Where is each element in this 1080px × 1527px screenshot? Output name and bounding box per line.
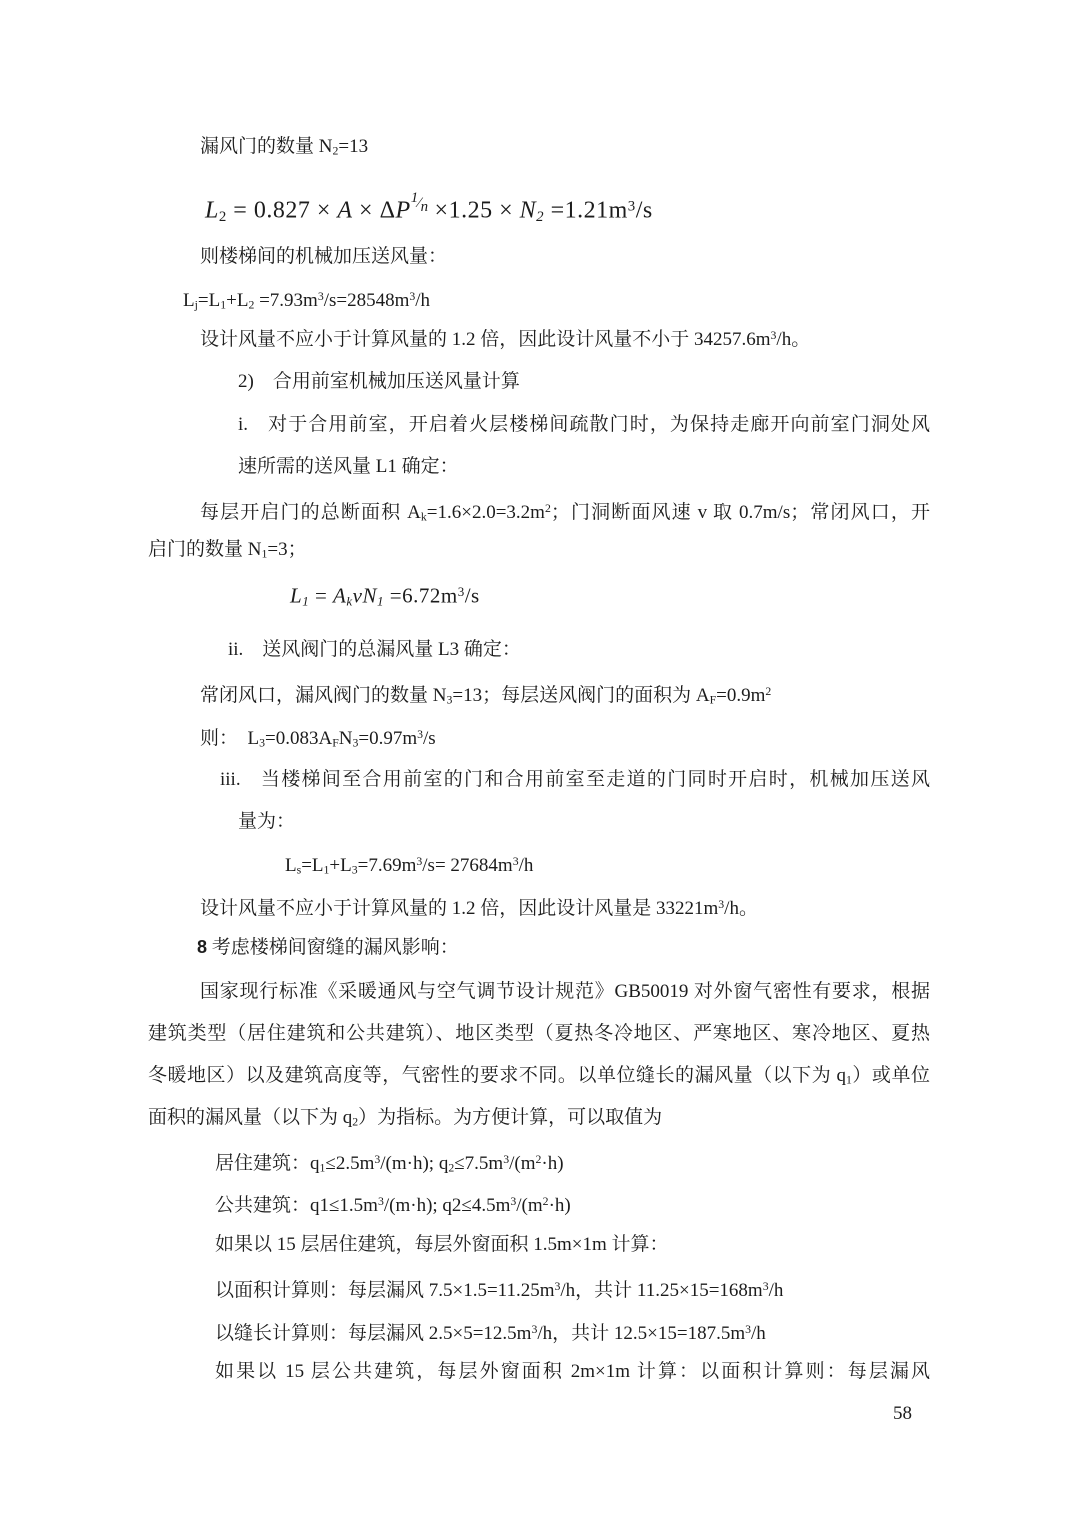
- para-gb-line1: 国家现行标准《采暖通风与空气调节设计规范》GB50019 对外窗气密性有要求，根…: [200, 978, 930, 1005]
- para-residential-limits: 居住建筑：q1≤2.5m3/(m·h); q2≤7.5m3/(m2·h): [215, 1146, 564, 1181]
- formula-l3: 则： L3=0.083AFN3=0.97m3/s: [200, 721, 436, 756]
- para-gb-line3: 冬暖地区）以及建筑高度等，气密性的要求不同。以单位缝长的漏风量（以下为 q1）或…: [148, 1062, 930, 1094]
- para-stair-pressurized-flow: 则楼梯间的机械加压送风量：: [200, 243, 447, 270]
- para-iii-line1: iii. 当楼梯间至合用前室的门和合用前室至走道的门同时开启时，机械加压送风: [220, 766, 930, 793]
- para-i-line2: 速所需的送风量 L1 确定：: [238, 453, 459, 480]
- para-15-residential: 如果以 15 层居住建筑，每层外窗面积 1.5m×1m 计算：: [215, 1231, 669, 1258]
- document-page: 漏风门的数量 N2=13L2 = 0.827 × A × ΔP1⁄n ×1.25…: [0, 0, 1080, 1527]
- formula-lj: Lj=L1+L2 =7.93m3/s=28548m3/h: [183, 283, 430, 318]
- para-i-line1: i. 对于合用前室，开启着火层楼梯间疏散门时，为保持走廊开向前室门洞处风: [238, 411, 930, 438]
- para-n3-af: 常闭风口，漏风阀门的数量 N3=13；每层送风阀门的面积为 AF=0.9m2: [200, 678, 771, 713]
- para-design-flow-front: 设计风量不应小于计算风量的 1.2 倍，因此设计风量是 33221m3/h。: [200, 891, 758, 922]
- para-design-flow-stair: 设计风量不应小于计算风量的 1.2 倍，因此设计风量不小于 34257.6m3/…: [200, 322, 810, 353]
- heading-ii-l3: ii. 送风阀门的总漏风量 L3 确定：: [228, 636, 521, 663]
- para-ak-line1: 每层开启门的总断面积 Ak=1.6×2.0=3.2m2；门洞断面风速 v 取 0…: [200, 495, 930, 530]
- heading-2-shared-front-room: 2) 合用前室机械加压送风量计算: [238, 368, 520, 395]
- formula-ls: Ls=L1+L3=7.69m3/s= 27684m3/h: [285, 848, 533, 883]
- para-gb-line4: 面积的漏风量（以下为 q2）为指标。为方便计算，可以取值为: [148, 1104, 662, 1136]
- para-gb-line2: 建筑类型（居住建筑和公共建筑）、地区类型（夏热冬冷地区、严寒地区、寒冷地区、夏热: [148, 1020, 930, 1047]
- page-number: 58: [893, 1402, 912, 1426]
- para-iii-line2: 量为：: [238, 808, 295, 835]
- para-public-limits: 公共建筑：q1≤1.5m3/(m·h); q2≤4.5m3/(m2·h): [215, 1188, 571, 1219]
- formula-l2: L2 = 0.827 × A × ΔP1⁄n ×1.25 × N2 =1.21m…: [205, 190, 653, 231]
- para-15-public: 如果以 15 层公共建筑，每层外窗面积 2m×1m 计算：以面积计算则：每层漏风: [215, 1358, 930, 1385]
- formula-l1: L1 = AkvN1 =6.72m3/s: [290, 578, 480, 614]
- fraction-exponent: 1⁄n: [411, 190, 428, 217]
- heading-8-window-leak: 8 考虑楼梯间窗缝的漏风影响：: [197, 934, 459, 961]
- para-leak-door-count: 漏风门的数量 N2=13: [200, 133, 368, 165]
- para-seam-calc: 以缝长计算则：每层漏风 2.5×5=12.5m3/h，共计 12.5×15=18…: [215, 1316, 766, 1347]
- para-ak-line2: 启门的数量 N1=3；: [148, 536, 307, 568]
- para-area-calc: 以面积计算则：每层漏风 7.5×1.5=11.25m3/h，共计 11.25×1…: [215, 1273, 783, 1304]
